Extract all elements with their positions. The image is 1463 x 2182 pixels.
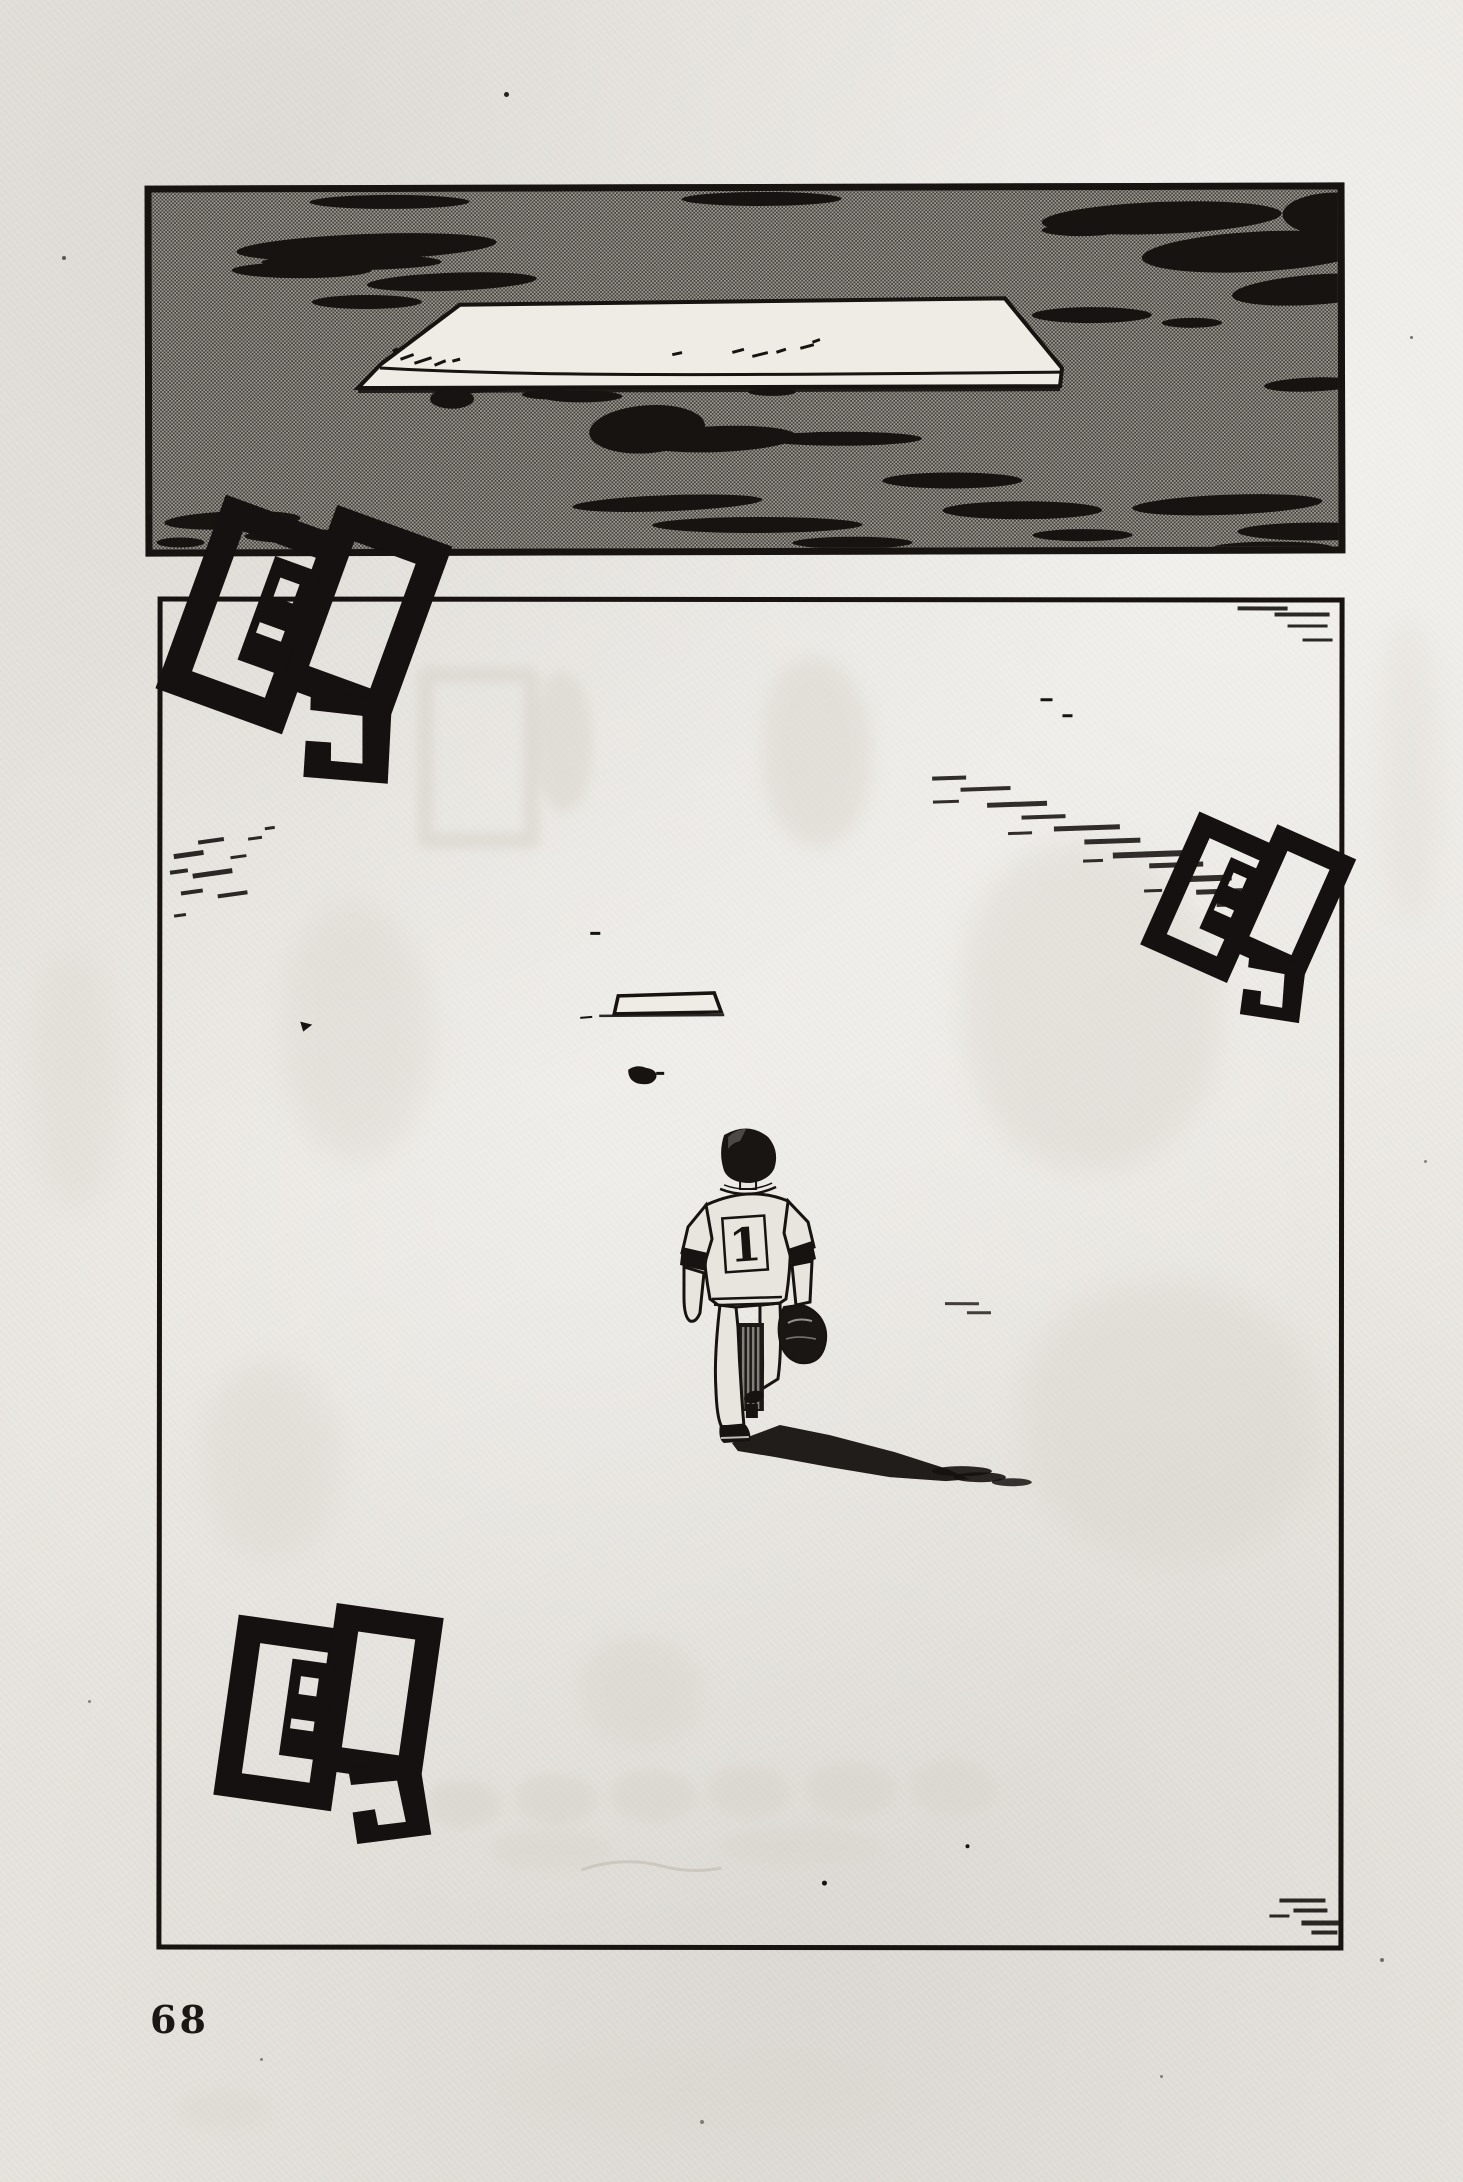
bottom-right-hatch — [1269, 1898, 1339, 1934]
distant-rubber — [580, 993, 724, 1085]
manga-page: 1 — [0, 0, 1463, 2182]
corner-streaks — [1238, 606, 1333, 641]
margin-ghost — [1380, 620, 1440, 920]
baseball-glove — [779, 1305, 827, 1363]
rosin-bag-mark — [628, 1066, 656, 1084]
page-number: 68 — [150, 1997, 209, 2042]
pitchers-rubber-plate — [358, 298, 1062, 400]
ghost-wavy-line — [581, 1862, 721, 1871]
sfx-right — [1117, 787, 1377, 1087]
margin-ghost — [180, 2090, 270, 2130]
jersey-number: 1 — [727, 1217, 763, 1273]
sfx-top-left — [132, 458, 512, 878]
player-shadow — [732, 1425, 1032, 1486]
margin-ghost — [30, 950, 120, 1210]
jersey-number-plaque: 1 — [722, 1216, 768, 1274]
left-shoe — [719, 1425, 750, 1443]
player-figure: 1 — [680, 1128, 1032, 1486]
margin-ghost — [500, 2050, 900, 2130]
sfx-bottom-left — [201, 1584, 491, 1884]
